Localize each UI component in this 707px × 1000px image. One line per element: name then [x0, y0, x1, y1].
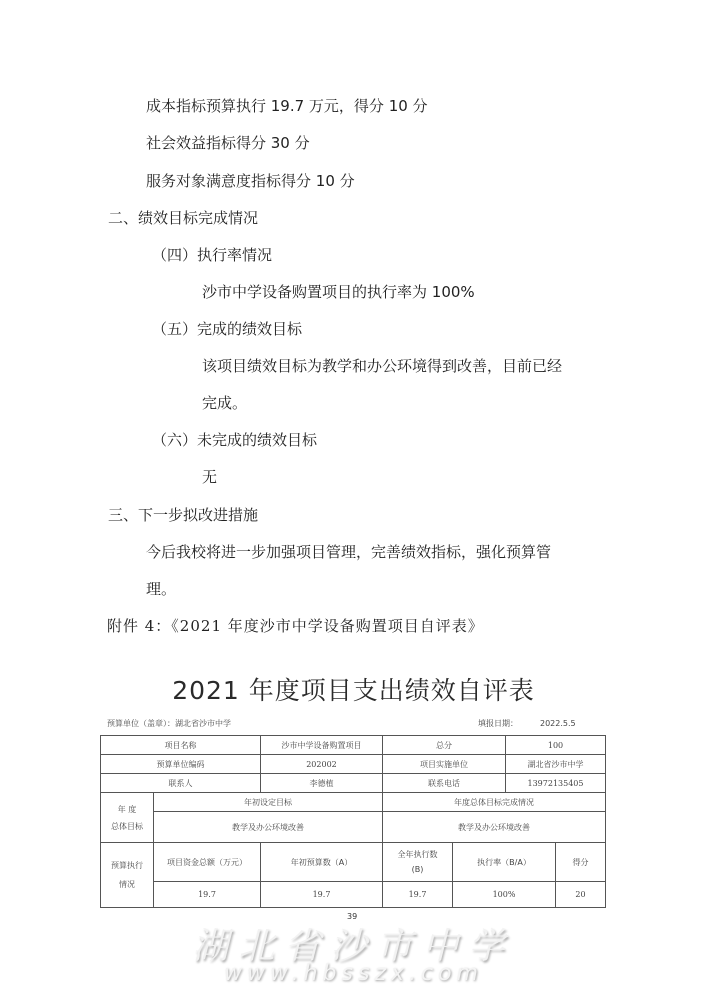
- table-row: 项目名称 沙市中学设备购置项目 总分 100: [101, 736, 606, 755]
- annual-goals-label-line1: 年 度: [101, 804, 153, 815]
- budget-execution-label-line1: 预算执行: [101, 860, 153, 871]
- annual-execution-header-line1: 全年执行数: [383, 849, 452, 860]
- completed-goals-text: 该项目绩效目标为教学和办公环境得到改善，目前已经: [202, 357, 562, 375]
- social-benefit-line: 社会效益指标得分 30 分: [146, 134, 310, 152]
- impl-unit-label: 项目实施单位: [383, 755, 506, 774]
- attachment-caption: 附件 4：《2021 年度沙市中学设备购置项目自评表》: [107, 617, 484, 635]
- self-evaluation-table: 项目名称 沙市中学设备购置项目 总分 100 预算单位编码 202002 项目实…: [100, 735, 606, 908]
- execution-rate-text: 沙市中学设备购置项目的执行率为 100%: [202, 283, 475, 301]
- total-fund-value: 19.7: [154, 882, 261, 908]
- annual-execution-header: 全年执行数 (B): [383, 843, 453, 882]
- phone-label: 联系电话: [383, 774, 506, 793]
- annual-goals-section-label: 年 度 总体目标: [101, 793, 154, 843]
- satisfaction-line: 服务对象满意度指标得分 10 分: [146, 172, 355, 190]
- table-row: 预算单位编码 202002 项目实施单位 湖北省沙市中学: [101, 755, 606, 774]
- fill-date-value: 2022.5.5: [540, 719, 576, 729]
- section-heading-3: 三、下一步拟改进措施: [108, 506, 258, 524]
- impl-unit-value: 湖北省沙市中学: [506, 755, 606, 774]
- total-fund-header: 项目资金总额（万元）: [154, 843, 261, 882]
- subsection-heading-5: （五）完成的绩效目标: [152, 320, 302, 338]
- score-header: 得分: [556, 843, 606, 882]
- total-score-label: 总分: [383, 736, 506, 755]
- goal-completion-value: 教学及办公环境改善: [383, 812, 606, 843]
- table-row: 预算执行 情况 项目资金总额（万元） 年初预算数（A） 全年执行数 (B) 执行…: [101, 843, 606, 882]
- project-name-value: 沙市中学设备购置项目: [261, 736, 383, 755]
- table-row: 教学及办公环境改善 教学及办公环境改善: [101, 812, 606, 843]
- initial-budget-value: 19.7: [261, 882, 383, 908]
- initial-goal-value: 教学及办公环境改善: [154, 812, 383, 843]
- improvement-text-cont: 理。: [146, 580, 176, 598]
- unit-code-value: 202002: [261, 755, 383, 774]
- initial-budget-header: 年初预算数（A）: [261, 843, 383, 882]
- table-row: 年 度 总体目标 年初设定目标 年度总体目标完成情况: [101, 793, 606, 812]
- cost-indicator-line: 成本指标预算执行 19.7 万元，得分 10 分: [146, 97, 428, 115]
- annual-goals-label-line2: 总体目标: [101, 821, 153, 832]
- budget-execution-label-line2: 情况: [101, 879, 153, 890]
- completed-goals-text-cont: 完成。: [202, 394, 247, 412]
- contact-label: 联系人: [101, 774, 261, 793]
- form-title: 2021 年度项目支出绩效自评表: [0, 676, 707, 706]
- subsection-heading-6: （六）未完成的绩效目标: [152, 431, 317, 449]
- section-heading-2: 二、绩效目标完成情况: [108, 209, 258, 227]
- uncompleted-goals-text: 无: [202, 468, 217, 486]
- phone-value: 13972135405: [506, 774, 606, 793]
- execution-rate-value: 100%: [453, 882, 556, 908]
- budget-execution-section-label: 预算执行 情况: [101, 843, 154, 908]
- budget-unit-label: 预算单位（盖章）：湖北省沙市中学: [107, 719, 231, 729]
- annual-execution-value: 19.7: [383, 882, 453, 908]
- table-row: 联系人 李德植 联系电话 13972135405: [101, 774, 606, 793]
- goal-completion-header: 年度总体目标完成情况: [383, 793, 606, 812]
- score-value: 20: [556, 882, 606, 908]
- project-name-label: 项目名称: [101, 736, 261, 755]
- watermark-url: www.hbsszx.com: [0, 961, 707, 986]
- total-score-value: 100: [506, 736, 606, 755]
- unit-code-label: 预算单位编码: [101, 755, 261, 774]
- contact-value: 李德植: [261, 774, 383, 793]
- annual-execution-header-line2: (B): [383, 864, 452, 875]
- execution-rate-header: 执行率（B/A）: [453, 843, 556, 882]
- subsection-heading-4: （四）执行率情况: [152, 246, 272, 264]
- table-row: 19.7 19.7 19.7 100% 20: [101, 882, 606, 908]
- fill-date-label: 填报日期：: [478, 719, 518, 729]
- improvement-text: 今后我校将进一步加强项目管理，完善绩效指标，强化预算管: [146, 543, 551, 561]
- initial-goal-header: 年初设定目标: [154, 793, 383, 812]
